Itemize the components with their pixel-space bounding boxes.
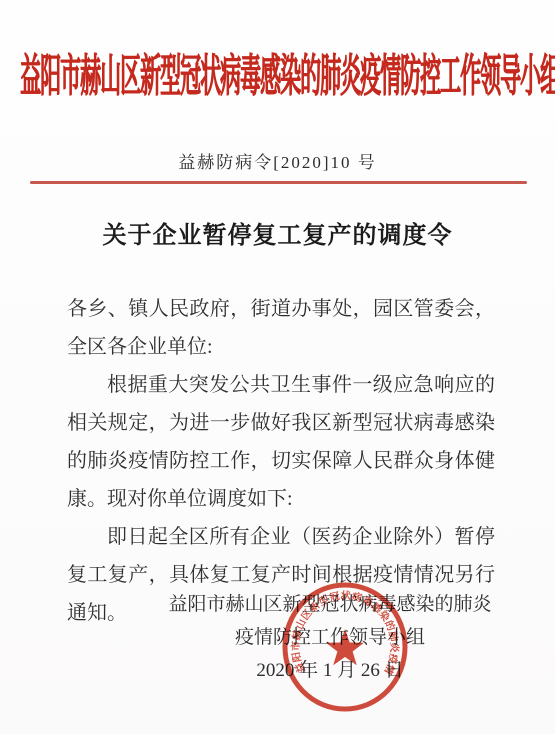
signature-org-line-2: 疫情防控工作领导小组 [150, 621, 510, 654]
salutation-line: 各乡、镇人民政府，街道办事处，园区管委会，全区各企业单位: [67, 290, 495, 366]
scanned-official-document: 益阳市赫山区新型冠状病毒感染的肺炎疫情防控工作领导小组文件 益赫防病令[2020… [0, 0, 555, 734]
body-paragraph-1: 根据重大突发公共卫生事件一级应急响应的相关规定，为进一步做好我区新型冠状病毒感染… [67, 366, 495, 518]
document-number: 益赫防病令[2020]10 号 [0, 148, 555, 173]
document-title: 关于企业暂停复工复产的调度令 [0, 215, 555, 250]
red-divider-line [30, 181, 527, 184]
signature-org-line-1: 益阳市赫山区新型冠状病毒感染的肺炎 [150, 588, 510, 621]
letterhead-title: 益阳市赫山区新型冠状病毒感染的肺炎疫情防控工作领导小组文件 [20, 50, 535, 102]
signature-block: 益阳市赫山区新型冠状病毒感染的肺炎 疫情防控工作领导小组 2020 年 1 月 … [150, 588, 510, 687]
signature-date: 2020 年 1 月 26 日 [150, 654, 510, 687]
document-body: 各乡、镇人民政府，街道办事处，园区管委会，全区各企业单位: 根据重大突发公共卫生… [67, 290, 495, 632]
